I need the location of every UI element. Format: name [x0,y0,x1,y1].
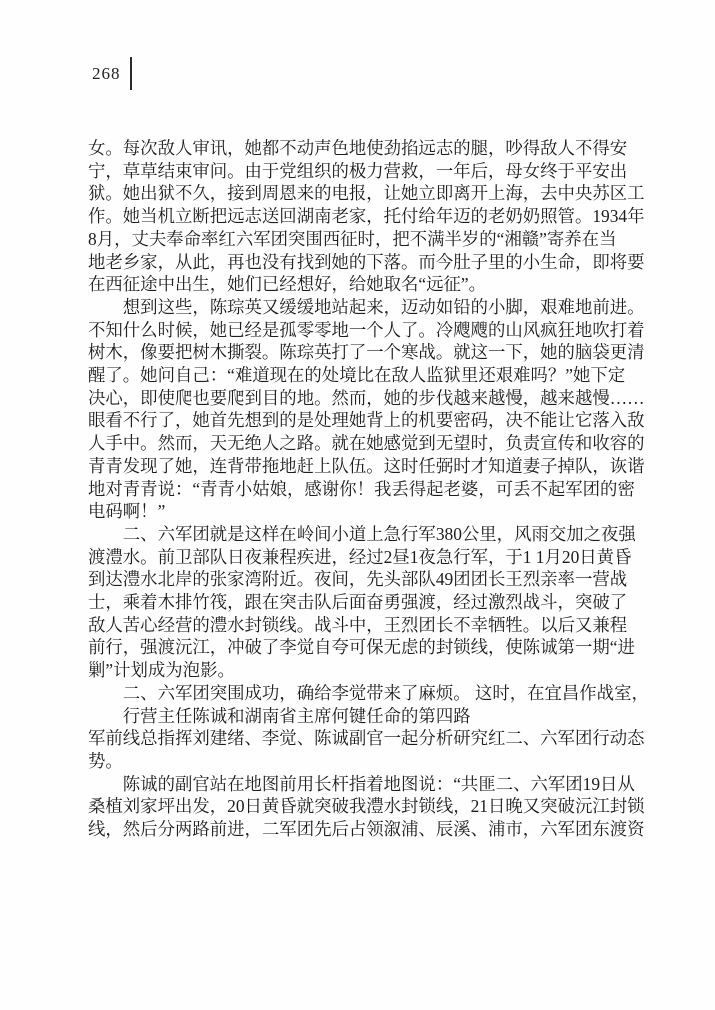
page-number-divider [130,57,132,90]
page-number: 268 [92,57,121,90]
page-header: 268 [92,57,132,90]
book-page: 268 女。每次敌人审讯，她都不动声色地使劲掐远志的腿，吵得敌人不得安 宁，草草… [0,0,715,1010]
body-text: 女。每次敌人审讯，她都不动声色地使劲掐远志的腿，吵得敌人不得安 宁，草草结束审问… [88,137,648,841]
